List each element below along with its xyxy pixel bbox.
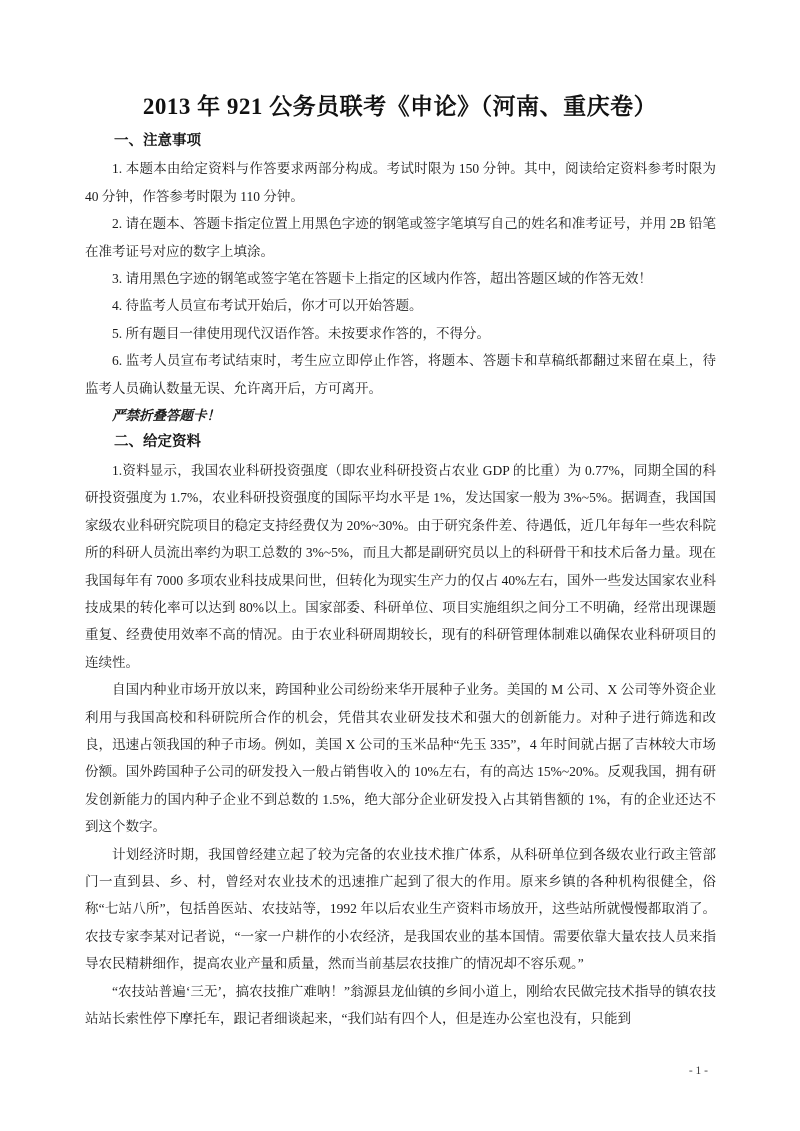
page-number: - 1 - — [689, 1063, 708, 1079]
notice-warning: 严禁折叠答题卡！ — [85, 402, 716, 429]
notice-item-2: 2. 请在题本、答题卡指定位置上用黑色字迹的钢笔或签字笔填写自己的姓名和准考证号… — [85, 210, 716, 265]
document-body: 一、注意事项 1. 本题本由给定资料与作答要求两部分构成。考试时限为 150 分… — [85, 128, 716, 1032]
document-page: 2013 年 921 公务员联考《申论》（河南、重庆卷） 一、注意事项 1. 本… — [0, 0, 800, 1131]
notice-item-1: 1. 本题本由给定资料与作答要求两部分构成。考试时限为 150 分钟。其中，阅读… — [85, 155, 716, 210]
notice-item-5: 5. 所有题目一律使用现代汉语作答。未按要求作答的，不得分。 — [85, 320, 716, 347]
material-paragraph-4: “农技站普遍‘三无’，搞农技推广难呐！”翁源县龙仙镇的乡间小道上，刚给农民做完技… — [85, 978, 716, 1033]
material-paragraph-1: 1.资料显示，我国农业科研投资强度（即农业科研投资占农业 GDP 的比重）为 0… — [85, 457, 716, 676]
notice-item-6: 6. 监考人员宣布考试结束时，考生应立即停止作答，将题本、答题卡和草稿纸都翻过来… — [85, 347, 716, 402]
material-paragraph-3: 计划经济时期，我国曾经建立起了较为完备的农业技术推广体系，从科研单位到各级农业行… — [85, 841, 716, 978]
section-heading-notice: 一、注意事项 — [85, 128, 716, 155]
notice-item-4: 4. 待监考人员宣布考试开始后，你才可以开始答题。 — [85, 292, 716, 319]
document-title: 2013 年 921 公务员联考《申论》（河南、重庆卷） — [0, 0, 800, 124]
section-heading-materials: 二、给定资料 — [85, 429, 716, 456]
notice-item-3: 3. 请用黑色字迹的钢笔或签字笔在答题卡上指定的区域内作答，超出答题区域的作答无… — [85, 265, 716, 292]
material-paragraph-2: 自国内种业市场开放以来，跨国种业公司纷纷来华开展种子业务。美国的 M 公司、X … — [85, 676, 716, 840]
